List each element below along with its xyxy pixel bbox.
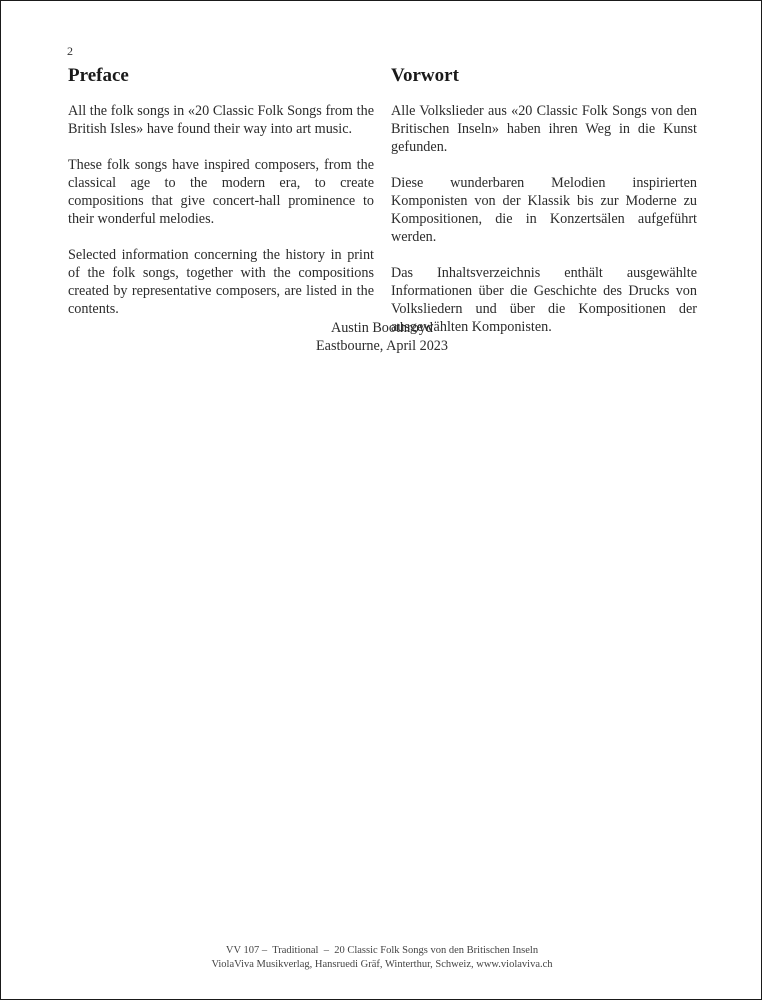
document-page: 2 Preface All the folk songs in «20 Clas… — [0, 0, 762, 1000]
author-name: Austin Boothroyd — [1, 319, 762, 337]
place-date: Eastbourne, April 2023 — [1, 337, 762, 355]
footer-catalog-line: VV 107 – Traditional – 20 Classic Folk S… — [1, 944, 762, 958]
footer-publisher-line: ViolaViva Musikverlag, Hansruedi Gräf, W… — [1, 958, 762, 972]
preface-paragraph: These folk songs have inspired composers… — [68, 156, 374, 228]
vorwort-title: Vorwort — [391, 64, 697, 88]
vorwort-paragraph: Alle Volkslieder aus «20 Classic Folk So… — [391, 102, 697, 156]
page-footer: VV 107 – Traditional – 20 Classic Folk S… — [1, 944, 762, 972]
preface-paragraph: Selected information concerning the hist… — [68, 246, 374, 318]
preface-title: Preface — [68, 64, 374, 88]
signature-block: Austin Boothroyd Eastbourne, April 2023 — [1, 319, 762, 355]
preface-column: Preface All the folk songs in «20 Classi… — [68, 64, 374, 336]
preface-paragraph: All the folk songs in «20 Classic Folk S… — [68, 102, 374, 138]
vorwort-column: Vorwort Alle Volkslieder aus «20 Classic… — [391, 64, 697, 354]
page-number: 2 — [67, 44, 73, 59]
vorwort-paragraph: Diese wunderbaren Melodien inspirierten … — [391, 174, 697, 246]
